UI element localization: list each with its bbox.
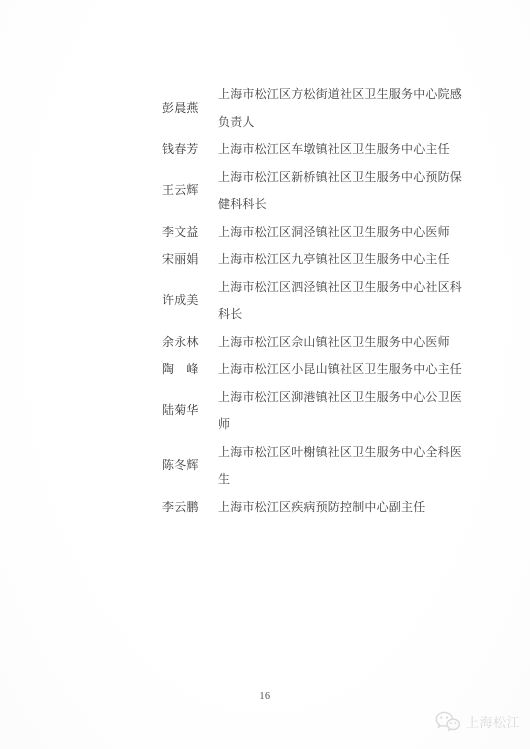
page-number: 16: [0, 691, 530, 702]
roster-row: 陈冬辉 上海市松江区叶榭镇社区卫生服务中心全科医生: [162, 439, 482, 494]
entry-name: 彭晨燕: [162, 95, 199, 123]
entry-name: 陈冬辉: [162, 452, 199, 480]
roster-row: 陆菊华 上海市松江区泖港镇社区卫生服务中心公卫医师: [162, 384, 482, 439]
entry-title: 上海市松江区泖港镇社区卫生服务中心公卫医师: [218, 384, 471, 439]
watermark: 上海松江: [434, 710, 520, 732]
entry-name: 余永林: [162, 329, 199, 357]
entry-title: 上海市松江区疾病预防控制中心副主任: [218, 494, 471, 522]
document-page: 彭晨燕 上海市松江区方松街道社区卫生服务中心院感负责人 钱春芳 上海市松江区车墩…: [0, 0, 530, 749]
entry-name: 钱春芳: [162, 136, 199, 164]
roster-row: 陶 峰 上海市松江区小昆山镇社区卫生服务中心主任: [162, 356, 482, 384]
roster-row: 彭晨燕 上海市松江区方松街道社区卫生服务中心院感负责人: [162, 81, 482, 136]
entry-name: 王云辉: [162, 177, 199, 205]
entry-title: 上海市松江区叶榭镇社区卫生服务中心全科医生: [218, 439, 471, 494]
entry-title: 上海市松江区九亭镇社区卫生服务中心主任: [218, 246, 471, 274]
roster-row: 余永林 上海市松江区佘山镇社区卫生服务中心医师: [162, 329, 482, 357]
entry-title: 上海市松江区小昆山镇社区卫生服务中心主任: [218, 356, 471, 384]
entry-title: 上海市松江区车墩镇社区卫生服务中心主任: [218, 136, 471, 164]
roster-list: 彭晨燕 上海市松江区方松街道社区卫生服务中心院感负责人 钱春芳 上海市松江区车墩…: [162, 81, 482, 521]
entry-title: 上海市松江区洞泾镇社区卫生服务中心医师: [218, 219, 471, 247]
entry-title: 上海市松江区方松街道社区卫生服务中心院感负责人: [218, 81, 471, 136]
entry-name: 许成美: [162, 287, 199, 315]
entry-title: 上海市松江区泗泾镇社区卫生服务中心社区科科长: [218, 274, 471, 329]
roster-row: 李云鹏 上海市松江区疾病预防控制中心副主任: [162, 494, 482, 522]
roster-row: 王云辉 上海市松江区新桥镇社区卫生服务中心预防保健科科长: [162, 164, 482, 219]
entry-name: 宋丽娟: [162, 246, 199, 274]
entry-name: 李文益: [162, 219, 199, 247]
roster-row: 李文益 上海市松江区洞泾镇社区卫生服务中心医师: [162, 219, 482, 247]
roster-row: 宋丽娟 上海市松江区九亭镇社区卫生服务中心主任: [162, 246, 482, 274]
wechat-icon: [434, 710, 461, 732]
entry-title: 上海市松江区佘山镇社区卫生服务中心医师: [218, 329, 471, 357]
entry-name: 李云鹏: [162, 494, 199, 522]
entry-name: 陆菊华: [162, 397, 199, 425]
roster-row: 钱春芳 上海市松江区车墩镇社区卫生服务中心主任: [162, 136, 482, 164]
entry-title: 上海市松江区新桥镇社区卫生服务中心预防保健科科长: [218, 164, 471, 219]
watermark-label: 上海松江: [466, 712, 520, 731]
entry-name: 陶 峰: [162, 356, 199, 384]
roster-row: 许成美 上海市松江区泗泾镇社区卫生服务中心社区科科长: [162, 274, 482, 329]
